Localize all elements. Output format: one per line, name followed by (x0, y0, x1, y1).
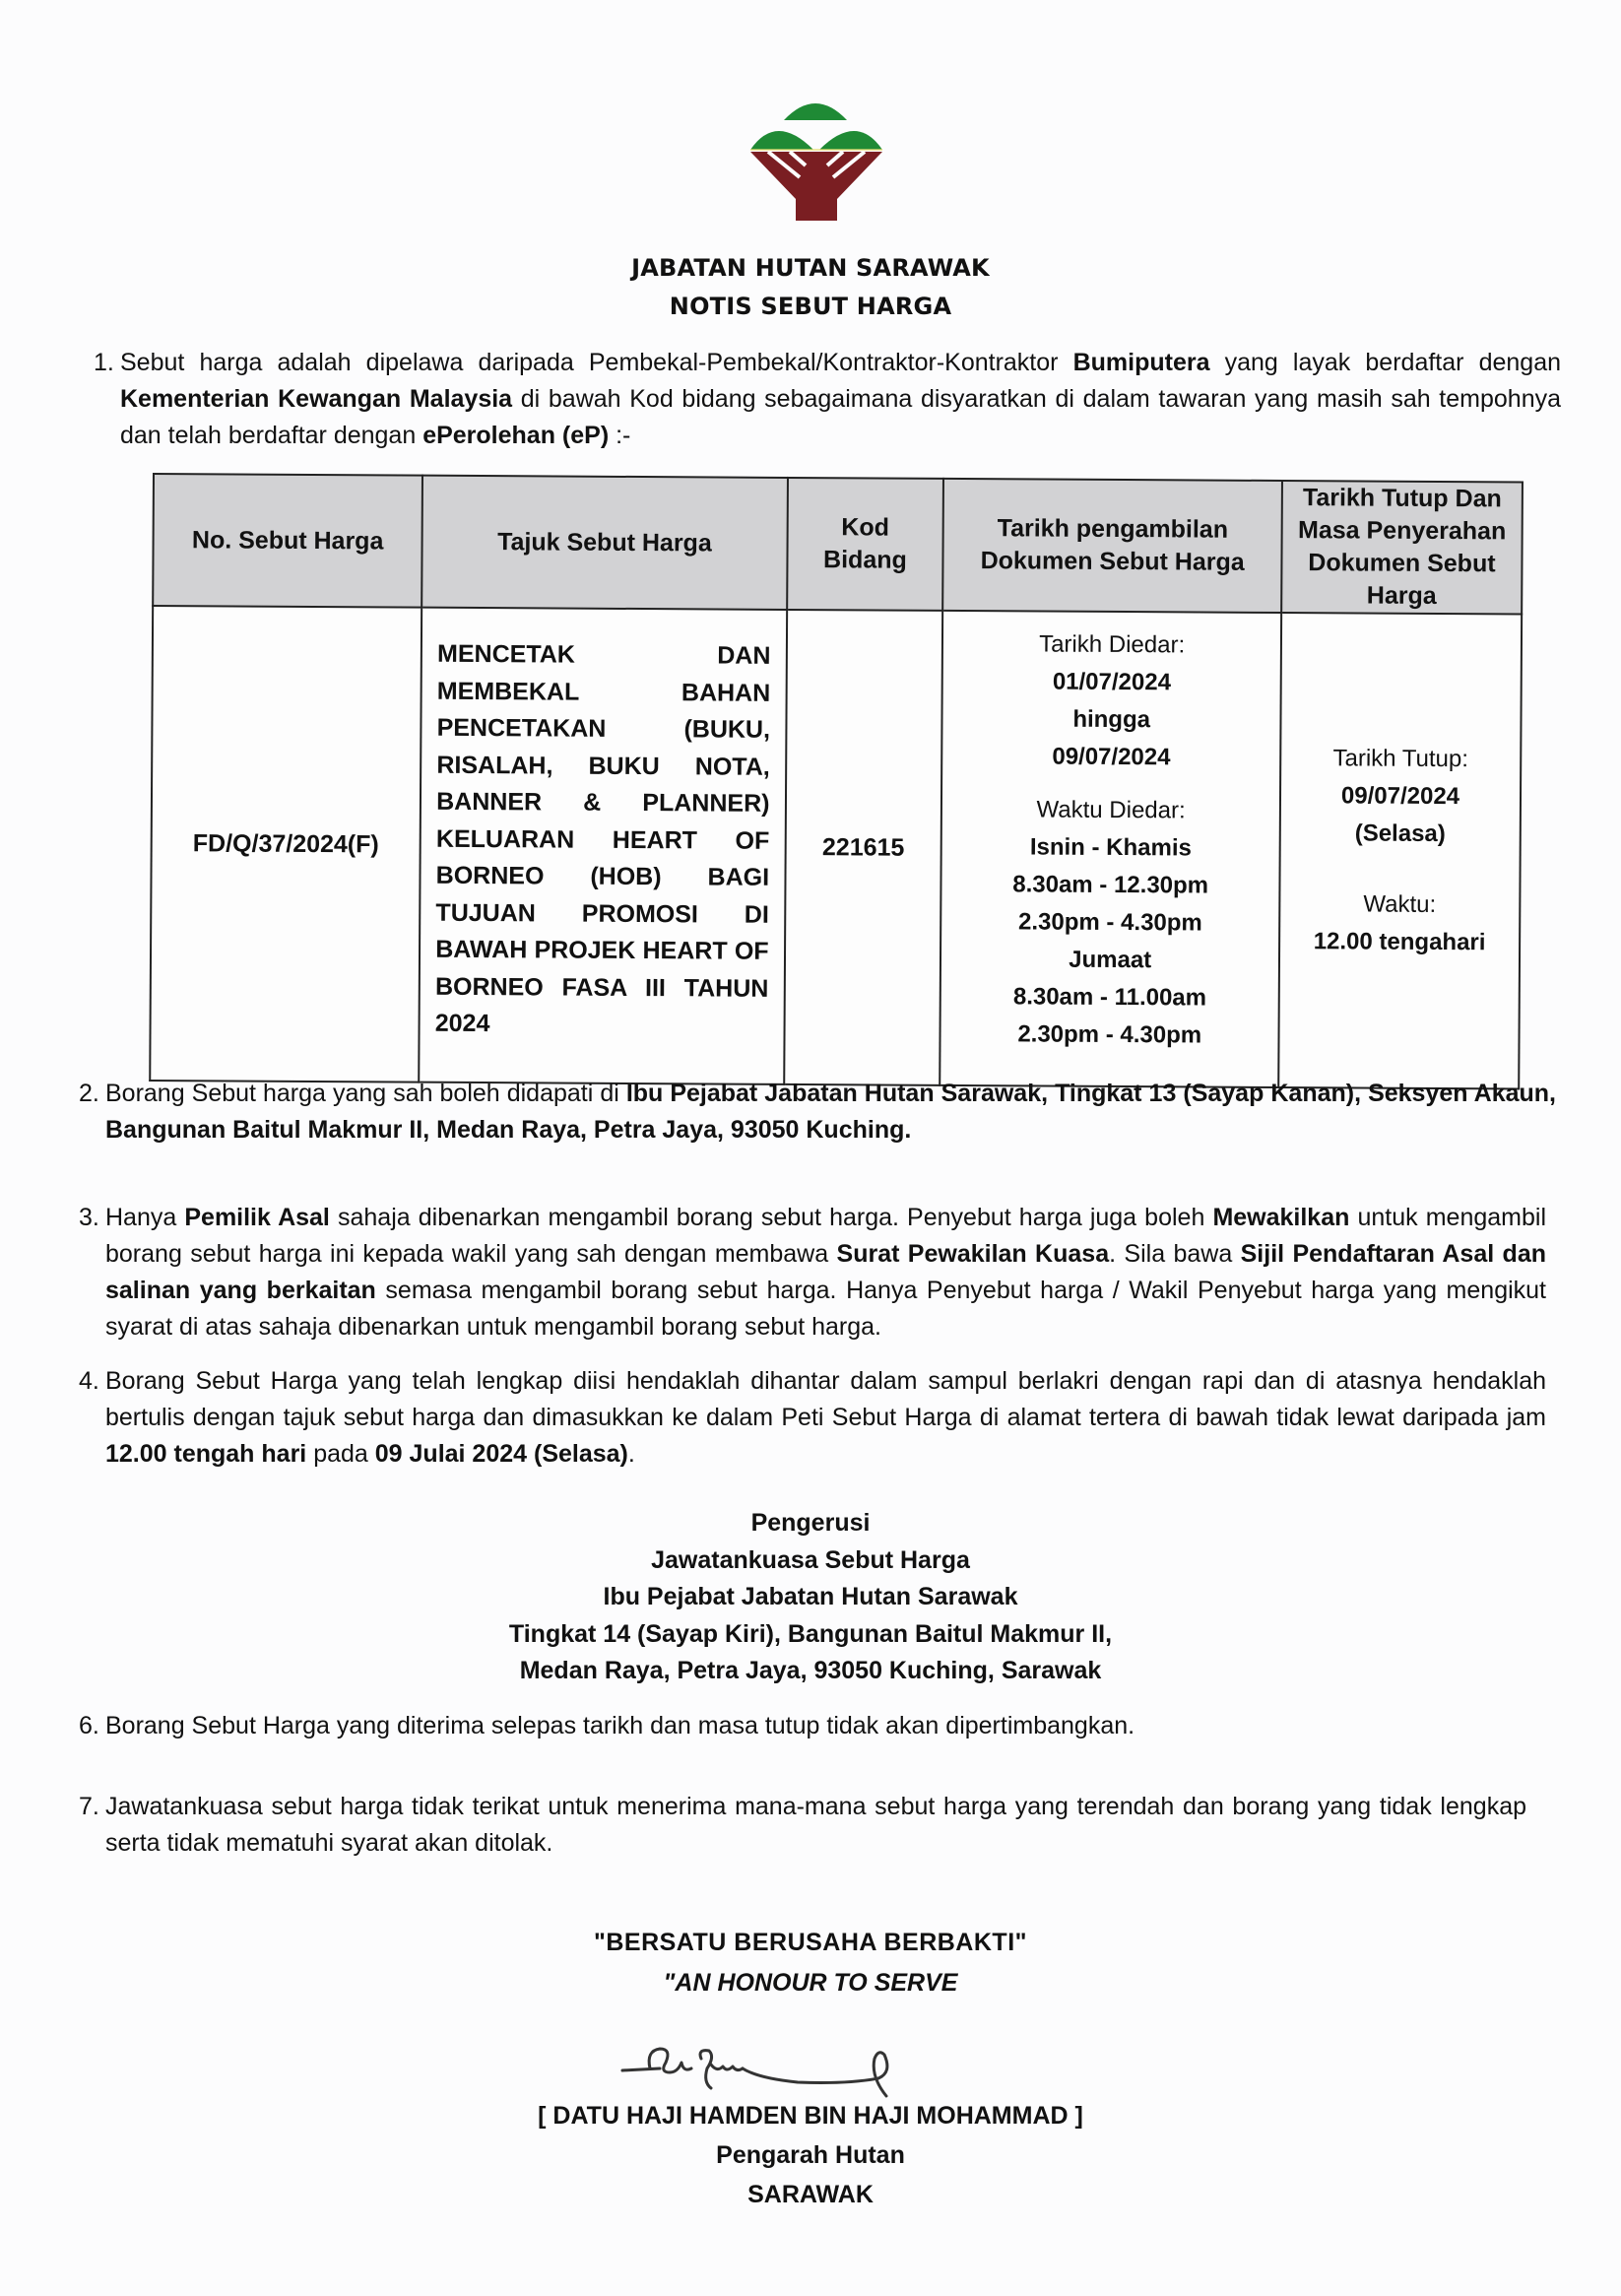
paragraph-7: 7. Jawatankuasa sebut harga tidak terika… (79, 1789, 1526, 1862)
paragraph-2: 2. Borang Sebut harga yang sah boleh did… (79, 1076, 1556, 1148)
cell-tarikh-tutup: Tarikh Tutup: 09/07/2024 (Selasa) Waktu:… (1278, 613, 1522, 1088)
header-no-sebut-harga: No. Sebut Harga (153, 474, 422, 608)
emphasis-text: Surat Pewakilan Kuasa (837, 1240, 1110, 1268)
header-kod-bidang: Kod Bidang (787, 478, 944, 611)
paragraph-number: 4. (79, 1363, 99, 1400)
paragraph-1: 1. Sebut harga adalah dipelawa daripada … (94, 345, 1561, 454)
body-text: Borang Sebut Harga yang telah lengkap di… (105, 1367, 1546, 1431)
table-header-row: No. Sebut Harga Tajuk Sebut Harga Kod Bi… (153, 474, 1523, 614)
motto-english: "AN HONOUR TO SERVE (0, 1969, 1621, 1998)
body-text: Sebut harga adalah dipelawa daripada Pem… (120, 349, 1073, 376)
header-tarikh-pengambilan-text: Tarikh pengambilan Dokumen Sebut Harga (970, 512, 1256, 579)
tarikh-tutup-day: (Selasa) (1282, 815, 1519, 853)
address-line: Tingkat 14 (Sayap Kiri), Bangunan Baitul… (0, 1616, 1621, 1654)
body-text: Borang Sebut Harga yang diterima selepas… (105, 1712, 1135, 1739)
quotation-table: No. Sebut Harga Tajuk Sebut Harga Kod Bi… (149, 473, 1524, 1089)
emphasis-text: Pemilik Asal (184, 1204, 330, 1231)
tarikh-tutup-label: Tarikh Tutup: (1282, 740, 1519, 778)
forest-tree-logo-icon (746, 83, 886, 221)
header-tarikh-tutup: Tarikh Tutup Dan Masa Penyerahan Dokumen… (1281, 481, 1523, 614)
signer-title: Pengarah Hutan (0, 2135, 1621, 2175)
paragraph-body: Hanya Pemilik Asal sahaja dibenarkan men… (105, 1200, 1546, 1345)
masa-petang-isnin-khamis: 2.30pm - 4.30pm (943, 903, 1278, 943)
body-text: . Sila bawa (1109, 1240, 1241, 1268)
address-line: Medan Raya, Petra Jaya, 93050 Kuching, S… (0, 1653, 1621, 1690)
masa-petang-jumaat: 2.30pm - 4.30pm (942, 1016, 1277, 1055)
paragraph-body: Borang Sebut Harga yang telah lengkap di… (105, 1363, 1546, 1473)
header-kod-bidang-text: Kod Bidang (801, 511, 929, 577)
body-text: . (628, 1440, 635, 1468)
body-text: pada (306, 1440, 375, 1468)
body-text: Hanya (105, 1204, 184, 1231)
paragraph-body: Borang Sebut Harga yang diterima selepas… (105, 1708, 1546, 1744)
masa-pagi-isnin-khamis: 8.30am - 12.30pm (943, 866, 1278, 905)
tarikh-mula: 01/07/2024 (944, 663, 1279, 702)
address-line: Ibu Pejabat Jabatan Hutan Sarawak (0, 1579, 1621, 1616)
paragraph-3: 3. Hanya Pemilik Asal sahaja dibenarkan … (79, 1200, 1546, 1345)
paragraph-6: 6. Borang Sebut Harga yang diterima sele… (79, 1708, 1546, 1744)
body-text: yang layak berdaftar dengan (1210, 349, 1562, 376)
header-tarikh-tutup-text: Tarikh Tutup Dan Masa Penyerahan Dokumen… (1291, 482, 1514, 613)
emphasis-text: Mewakilkan (1212, 1204, 1349, 1231)
body-text: Jawatankuasa sebut harga tidak terikat u… (105, 1793, 1526, 1857)
paragraph-number: 3. (79, 1200, 99, 1236)
masa-pagi-jumaat: 8.30am - 11.00am (942, 978, 1277, 1017)
tarikh-diedar-label: Tarikh Diedar: (944, 625, 1279, 665)
waktu-tutup-label: Waktu: (1281, 886, 1518, 924)
signer-block: [ DATU HAJI HAMDEN BIN HAJI MOHAMMAD ] P… (0, 2096, 1621, 2214)
notice-title: NOTIS SEBUT HARGA (0, 293, 1621, 320)
paragraph-body: Jawatankuasa sebut harga tidak terikat u… (105, 1789, 1526, 1862)
notice-page: JABATAN HUTAN SARAWAK NOTIS SEBUT HARGA … (0, 0, 1621, 2296)
hari-jumaat: Jumaat (942, 941, 1277, 980)
address-line: Jawatankuasa Sebut Harga (0, 1542, 1621, 1580)
header-tajuk: Tajuk Sebut Harga (421, 476, 787, 610)
cell-tajuk: MENCETAK DAN MEMBEKAL BAHAN PENCETAKAN (… (419, 608, 786, 1084)
paragraph-4: 4. Borang Sebut Harga yang telah lengkap… (79, 1363, 1546, 1473)
signer-region: SARAWAK (0, 2175, 1621, 2214)
emphasis-text: ePerolehan (eP) (422, 422, 609, 449)
tarikh-tutup-date: 09/07/2024 (1282, 777, 1519, 816)
emphasis-text: 09 Julai 2024 (Selasa) (375, 1440, 628, 1468)
paragraph-number: 7. (79, 1789, 99, 1825)
header-tarikh-pengambilan: Tarikh pengambilan Dokumen Sebut Harga (943, 479, 1282, 613)
cell-kod-bidang: 221615 (784, 610, 943, 1085)
waktu-diedar-label: Waktu Diedar: (943, 791, 1278, 830)
submission-address: Pengerusi Jawatankuasa Sebut Harga Ibu P… (0, 1505, 1621, 1690)
paragraph-body: Sebut harga adalah dipelawa daripada Pem… (120, 345, 1561, 454)
emphasis-text: Kementerian Kewangan Malaysia (120, 385, 512, 413)
cell-no-sebut-harga: FD/Q/37/2024(F) (150, 606, 421, 1082)
paragraph-number: 1. (94, 345, 114, 381)
body-text: sahaja dibenarkan mengambil borang sebut… (330, 1204, 1213, 1231)
body-text: :- (609, 422, 630, 449)
waktu-tutup: 12.00 tengahari (1281, 923, 1518, 961)
motto-malay: "BERSATU BERUSAHA BERBAKTI" (0, 1929, 1621, 1957)
emphasis-text: 12.00 tengah hari (105, 1440, 306, 1468)
table-row: FD/Q/37/2024(F) MENCETAK DAN MEMBEKAL BA… (150, 606, 1522, 1088)
cell-tarikh-pengambilan: Tarikh Diedar: 01/07/2024 hingga 09/07/2… (940, 611, 1282, 1087)
signer-name: [ DATU HAJI HAMDEN BIN HAJI MOHAMMAD ] (0, 2096, 1621, 2135)
hari-isnin-khamis: Isnin - Khamis (943, 828, 1278, 868)
body-text: Borang Sebut harga yang sah boleh didapa… (105, 1080, 626, 1107)
hingga-text: hingga (944, 700, 1279, 740)
paragraph-number: 6. (79, 1708, 99, 1744)
paragraph-body: Borang Sebut harga yang sah boleh didapa… (105, 1076, 1556, 1148)
address-line: Pengerusi (0, 1505, 1621, 1542)
paragraph-number: 2. (79, 1076, 99, 1112)
tarikh-akhir: 09/07/2024 (944, 738, 1279, 777)
emphasis-text: Bumiputera (1073, 349, 1210, 376)
organization-name: JABATAN HUTAN SARAWAK (0, 254, 1621, 282)
